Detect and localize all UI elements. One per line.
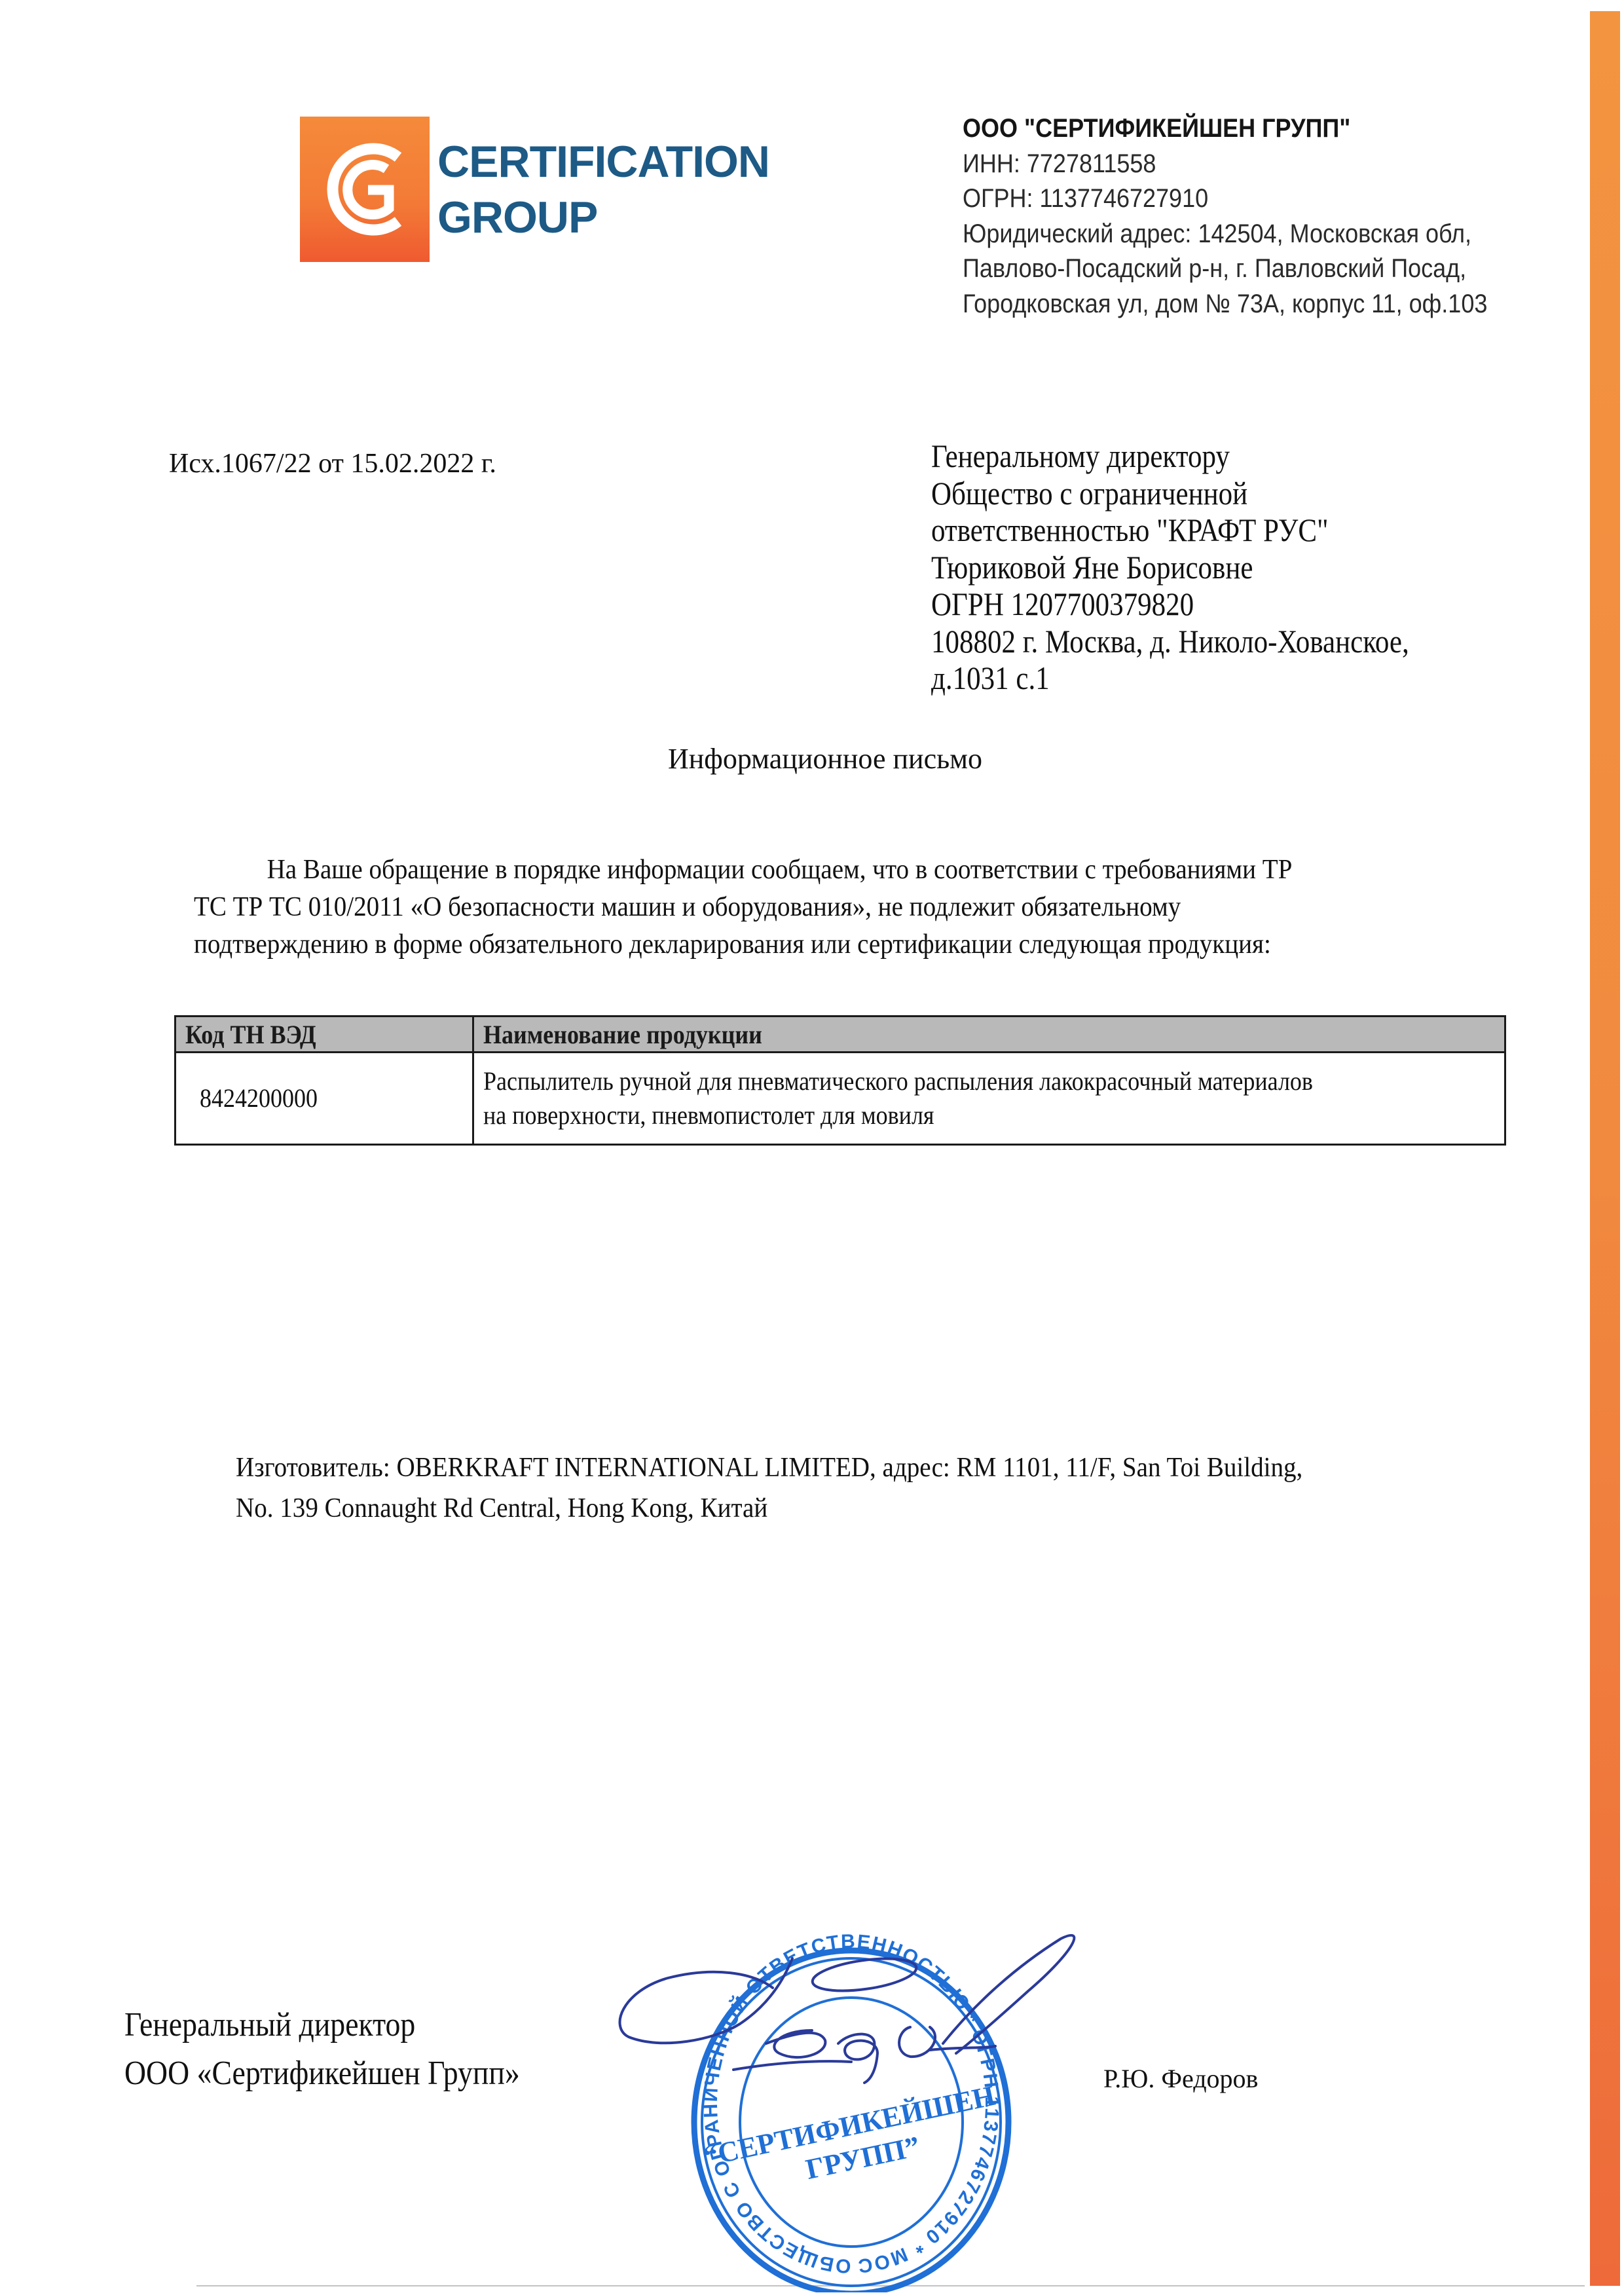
company-inn: ИНН: 7727811558 <box>963 147 1487 182</box>
body-paragraph: На Ваше обращение в порядке информации с… <box>194 851 1430 963</box>
document-title: Информационное письмо <box>0 742 1624 775</box>
company-address-line: Городковская ул, дом № 73А, корпус 11, о… <box>963 287 1487 322</box>
cell-hs-code: 8424200000 <box>175 1053 473 1145</box>
recipient-line: ОГРН 1207700379820 <box>931 586 1409 623</box>
logo-line-2: GROUP <box>437 196 769 252</box>
company-logo <box>300 117 430 262</box>
position-line: Генеральный директор <box>124 2001 520 2049</box>
recipient-line: Общество с ограниченной <box>931 475 1409 512</box>
recipient-line: Тюриковой Яне Борисовне <box>931 549 1409 586</box>
recipient-line: Генеральному директору <box>931 438 1409 475</box>
manufacturer-info: Изготовитель: OBERKRAFT INTERNATIONAL LI… <box>236 1447 1430 1529</box>
signatory-position: Генеральный директор ООО «Сертификейшен … <box>124 2001 520 2098</box>
outgoing-reference: Исх.1067/22 от 15.02.2022 г. <box>169 448 496 479</box>
manufacturer-line: Изготовитель: OBERKRAFT INTERNATIONAL LI… <box>236 1447 1430 1488</box>
table-row: 8424200000 Распылитель ручной для пневма… <box>175 1053 1505 1145</box>
recipient-line: 108802 г. Москва, д. Николо-Хованское, <box>931 623 1409 660</box>
logo-wordmark: CERTIFICATION GROUP <box>437 140 769 252</box>
body-line: ТС ТР ТС 010/2011 «О безопасности машин … <box>194 889 1430 926</box>
table-header-row: Код ТН ВЭД Наименование продукции <box>175 1017 1505 1053</box>
signer-name: Р.Ю. Федоров <box>1103 2063 1258 2094</box>
company-requisites: ООО "СЕРТИФИКЕЙШЕН ГРУПП" ИНН: 772781155… <box>963 111 1487 322</box>
header-product-name: Наименование продукции <box>473 1017 1505 1053</box>
recipient-line: д.1031 с.1 <box>931 660 1409 697</box>
recipient-block: Генеральному директору Общество с ограни… <box>931 438 1409 697</box>
position-line: ООО «Сертификейшен Групп» <box>124 2049 520 2098</box>
products-table: Код ТН ВЭД Наименование продукции 842420… <box>174 1015 1506 1146</box>
company-stamp-icon: ОБЩЕСТВО С ОГРАНИЧЕННОЙ ОТВЕТСТВЕННОСТЬЮ… <box>602 1912 1100 2292</box>
logo-line-1: CERTIFICATION <box>437 140 769 196</box>
company-address-line: Павлово-Посадский р-н, г. Павловский Пос… <box>963 252 1487 287</box>
header-hs-code: Код ТН ВЭД <box>175 1017 473 1053</box>
orange-side-stripe <box>1590 11 1620 2286</box>
company-address-line: Юридический адрес: 142504, Московская об… <box>963 217 1487 252</box>
cg-logo-icon <box>300 117 430 262</box>
body-line: На Ваше обращение в порядке информации с… <box>194 851 1430 889</box>
cell-product-name: Распылитель ручной для пневматического р… <box>473 1053 1505 1145</box>
company-name: ООО "СЕРТИФИКЕЙШЕН ГРУПП" <box>963 111 1487 147</box>
recipient-line: ответственностью "КРАФТ РУС" <box>931 512 1409 549</box>
company-ogrn: ОГРН: 1137746727910 <box>963 181 1487 217</box>
manufacturer-line: No. 139 Connaught Rd Central, Hong Kong,… <box>236 1488 1430 1529</box>
body-line: подтверждению в форме обязательного декл… <box>194 926 1430 963</box>
